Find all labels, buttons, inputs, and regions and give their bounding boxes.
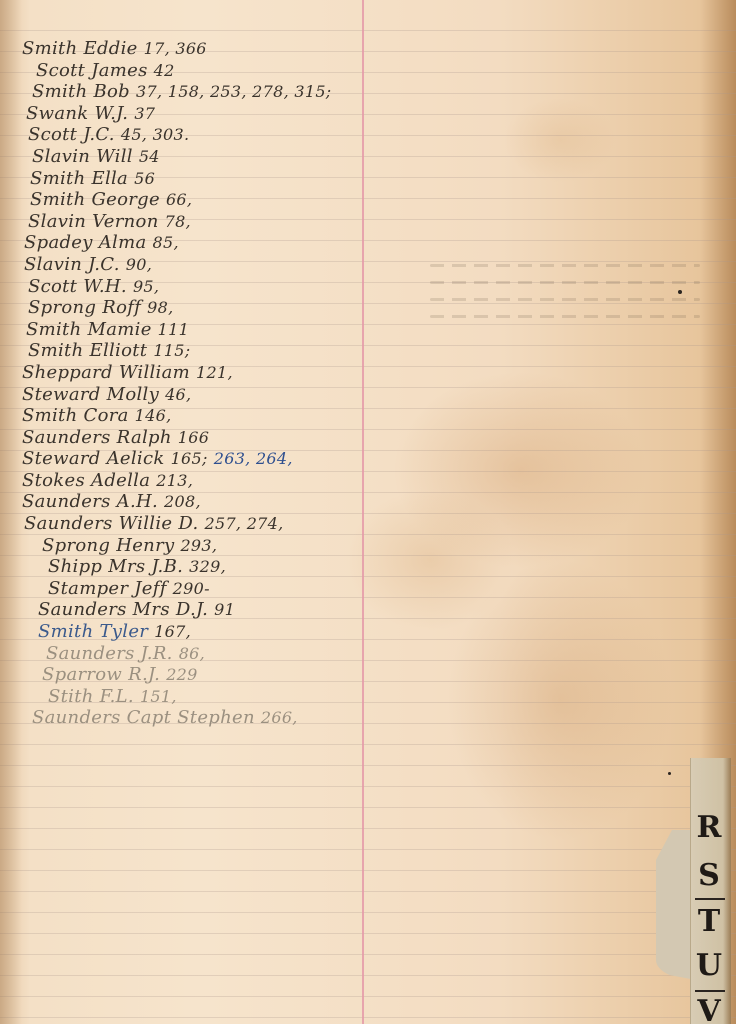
index-entry: Stamper Jeff290-	[22, 578, 402, 600]
binding-shadow	[0, 0, 22, 1024]
entry-pages: 85,	[153, 233, 179, 252]
index-entry: Smith Tyler167,	[22, 621, 402, 643]
entry-pages: 257, 274,	[204, 514, 283, 533]
ink-spot	[668, 772, 671, 775]
index-entry: Smith George66,	[22, 189, 402, 211]
entry-pages: 121,	[196, 363, 233, 382]
bleed-through-text	[430, 250, 700, 360]
index-entry: Scott W.H.95,	[22, 276, 402, 298]
entry-pages: 115;	[153, 341, 190, 360]
index-entry: Smith Bob37, 158, 253, 278, 315;	[22, 81, 402, 103]
index-entry: Saunders Willie D.257, 274,	[22, 513, 402, 535]
entry-pages: 167,	[154, 622, 191, 641]
entry-name: Spadey Alma	[24, 232, 147, 253]
entry-pages: 165;	[171, 449, 208, 468]
tab-letter-t[interactable]: T	[691, 904, 727, 939]
index-entry: Shipp Mrs J.B.329,	[22, 556, 402, 578]
index-entry: Stith F.L.151,	[22, 686, 402, 708]
entry-name: Slavin J.C.	[24, 254, 120, 275]
index-entry: Sprong Henry293,	[22, 535, 402, 557]
index-entry: Slavin Vernon78,	[22, 211, 402, 233]
entry-pages: 37	[134, 104, 155, 123]
entry-name: Shipp Mrs J.B.	[48, 556, 183, 577]
entry-pages: 91	[214, 600, 235, 619]
entry-pages: 17, 366	[144, 39, 207, 58]
index-entry: Saunders Mrs D.J.91	[22, 599, 402, 621]
entry-name: Smith Cora	[22, 405, 129, 426]
entry-pages: 229	[166, 665, 197, 684]
index-entry: Slavin Will54	[22, 146, 402, 168]
entry-extra-pages-blue: 263, 264,	[214, 449, 293, 468]
tab-divider	[695, 898, 725, 900]
entry-name: Scott James	[36, 60, 148, 81]
index-entry: Swank W.J.37	[22, 103, 402, 125]
entry-name: Saunders Ralph	[22, 427, 172, 448]
entry-pages: 78,	[165, 212, 191, 231]
index-entry: Steward Molly46,	[22, 384, 402, 406]
entry-pages: 146,	[135, 406, 172, 425]
entry-pages: 329,	[189, 557, 226, 576]
index-entry: Sprong Roff98,	[22, 297, 402, 319]
ink-spot	[678, 290, 682, 294]
entry-pages: 98,	[147, 298, 173, 317]
entry-pages: 213,	[156, 471, 193, 490]
entry-name: Stith F.L.	[48, 686, 134, 707]
entry-pages: 42	[154, 61, 175, 80]
alphabet-index-tab[interactable]: R S T U V	[690, 758, 731, 1024]
index-entry: Sparrow R.J.229	[22, 664, 402, 686]
entry-name: Saunders Willie D.	[24, 513, 198, 534]
entry-pages: 54	[139, 147, 160, 166]
entry-name: Sprong Henry	[42, 535, 174, 556]
entry-pages: 166	[178, 428, 209, 447]
entry-name: Smith George	[30, 189, 160, 210]
entry-pages: 56	[134, 169, 155, 188]
entry-name: Saunders J.R.	[46, 643, 173, 664]
index-entries: Smith Eddie17, 366 Scott James42 Smith B…	[22, 38, 402, 729]
entry-pages: 151,	[140, 687, 177, 706]
entry-name: Smith Ella	[30, 168, 128, 189]
entry-name: Saunders A.H.	[22, 491, 158, 512]
entry-name: Steward Molly	[22, 384, 159, 405]
entry-pages: 90,	[126, 255, 152, 274]
index-entry: Smith Cora146,	[22, 405, 402, 427]
entry-pages: 266,	[261, 708, 298, 727]
entry-name: Sheppard William	[22, 362, 190, 383]
tab-divider	[695, 990, 725, 992]
entry-name: Slavin Vernon	[28, 211, 159, 232]
index-entry: Smith Ella56	[22, 168, 402, 190]
index-entry: Smith Eddie17, 366	[22, 38, 402, 60]
tab-letter-v[interactable]: V	[691, 994, 727, 1024]
index-entry: Smith Mamie111	[22, 319, 402, 341]
index-entry: Scott James42	[22, 60, 402, 82]
index-entry: Saunders J.R.86,	[22, 643, 402, 665]
entry-name: Smith Eddie	[22, 38, 138, 59]
index-entry: Slavin J.C.90,	[22, 254, 402, 276]
entry-name: Steward Aelick	[22, 448, 165, 469]
entry-name: Stamper Jeff	[48, 578, 167, 599]
entry-pages: 66,	[166, 190, 192, 209]
index-entry: Saunders A.H.208,	[22, 491, 402, 513]
index-entry: Stokes Adella213,	[22, 470, 402, 492]
index-entry: Saunders Capt Stephen266,	[22, 707, 402, 729]
entry-name: Smith Mamie	[26, 319, 152, 340]
entry-pages: 95,	[133, 277, 159, 296]
entry-name: Sparrow R.J.	[42, 664, 160, 685]
entry-pages: 293,	[180, 536, 217, 555]
index-entry: Sheppard William121,	[22, 362, 402, 384]
index-entry: Scott J.C.45, 303.	[22, 124, 402, 146]
entry-name: Smith Elliott	[28, 340, 147, 361]
entry-pages: 290-	[173, 579, 210, 598]
entry-pages: 45, 303.	[121, 125, 190, 144]
index-entry: Steward Aelick165; 263, 264,	[22, 448, 402, 470]
tab-letter-r[interactable]: R	[691, 810, 727, 845]
entry-pages: 37, 158, 253, 278, 315;	[136, 82, 332, 101]
tab-letter-s[interactable]: S	[691, 858, 727, 893]
entry-pages: 111	[158, 320, 189, 339]
entry-name: Slavin Will	[32, 146, 133, 167]
entry-name: Smith Tyler	[38, 621, 148, 642]
index-entry: Saunders Ralph166	[22, 427, 402, 449]
index-entry: Smith Elliott115;	[22, 340, 402, 362]
entry-name: Stokes Adella	[22, 470, 150, 491]
index-entry: Spadey Alma85,	[22, 232, 402, 254]
entry-pages: 86,	[179, 644, 205, 663]
entry-name: Smith Bob	[32, 81, 130, 102]
entry-name: Sprong Roff	[28, 297, 141, 318]
entry-name: Saunders Mrs D.J.	[38, 599, 208, 620]
entry-name: Swank W.J.	[26, 103, 128, 124]
entry-name: Scott W.H.	[28, 276, 127, 297]
entry-name: Saunders Capt Stephen	[32, 707, 255, 728]
ledger-page: Smith Eddie17, 366 Scott James42 Smith B…	[0, 0, 736, 1024]
tab-letter-u[interactable]: U	[691, 948, 727, 983]
entry-pages: 208,	[164, 492, 201, 511]
entry-name: Scott J.C.	[28, 124, 115, 145]
entry-pages: 46,	[165, 385, 191, 404]
